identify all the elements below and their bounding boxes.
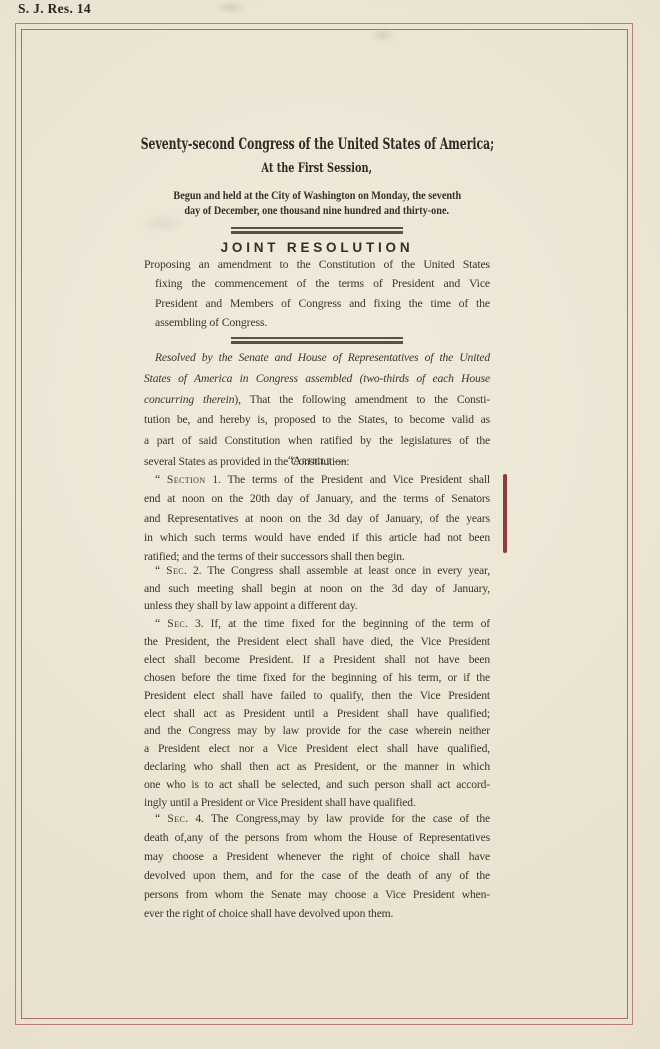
- text-line: fixing the commencement of the terms of …: [144, 274, 490, 293]
- text-line: end at noon on the 20th day of January, …: [144, 489, 490, 508]
- text-segment: a part of said Constitution when ratifie…: [144, 434, 490, 447]
- section-2-paragraph: “ Sec. 2. The Congress shall assemble at…: [144, 562, 490, 615]
- text-segment: 1. The terms of the President and Vice P…: [206, 473, 490, 486]
- document-page: S. J. Res. 14 Seventy-second Congress of…: [0, 0, 660, 1049]
- congress-heading-text: Seventy-second Congress of the United St…: [140, 134, 493, 153]
- session-heading: At the First Session,: [2, 161, 632, 176]
- text-line: elect shall become President. If a Presi…: [144, 651, 490, 669]
- text-segment: States of America in Congress assembled …: [144, 372, 490, 385]
- text-segment: a President elect nor a Vice President e…: [144, 742, 490, 755]
- text-segment: and such meeting shall begin at noon on …: [144, 582, 490, 595]
- text-segment: fixing the commencement of the terms of …: [155, 276, 490, 290]
- text-line: declaring who shall then act as Presiden…: [144, 758, 490, 776]
- text-segment: “: [155, 473, 167, 486]
- begun-line: day of December, one thousand nine hundr…: [2, 203, 632, 218]
- rule-thick-line: [231, 341, 403, 344]
- text-line: a President elect nor a Vice President e…: [144, 740, 490, 758]
- text-segment: death of,any of the persons from whom th…: [144, 831, 490, 844]
- begun-line: Begun and held at the City of Washington…: [2, 188, 632, 203]
- text-segment: . 4. The Congress,may by law provide for…: [185, 812, 490, 825]
- text-line: “ Sec. 3. If, at the time fixed for the …: [144, 615, 490, 633]
- text-line: one who is to act shall be selected, and…: [144, 776, 490, 794]
- text-segment: Sec: [167, 617, 185, 630]
- text-segment: declaring who shall then act as Presiden…: [144, 760, 490, 773]
- text-segment: ), That the following amendment to the C…: [234, 393, 490, 406]
- text-segment: in which such terms would have ended if …: [144, 531, 490, 544]
- text-line: assembling of Congress.: [144, 313, 490, 332]
- text-segment: elect shall act as President until a Pre…: [144, 707, 490, 720]
- text-segment: ever the right of choice shall have devo…: [144, 907, 393, 920]
- text-segment: Sec: [167, 812, 185, 825]
- text-line: and such meeting shall begin at noon on …: [144, 580, 490, 598]
- paper-smudge: [208, 0, 254, 15]
- text-segment: unless they shall by law appoint a diffe…: [144, 599, 358, 612]
- double-rule-bottom: [2, 337, 632, 344]
- begun-line-text: day of December, one thousand nine hundr…: [185, 203, 450, 218]
- joint-resolution-title: JOINT RESOLUTION: [2, 240, 632, 255]
- text-segment: . 2. The Congress shall assemble at leas…: [184, 564, 490, 577]
- text-segment: and Representatives at noon on the 3d da…: [144, 512, 490, 525]
- text-line: President elect shall have failed to qua…: [144, 687, 490, 705]
- begun-statement: Begun and held at the City of Washington…: [2, 188, 632, 217]
- text-segment: may choose a President whenever the righ…: [144, 850, 490, 863]
- text-line: “ Section 1. The terms of the President …: [144, 470, 490, 489]
- text-line: persons from whom the Senate may choose …: [144, 885, 490, 904]
- text-line: and Representatives at noon on the 3d da…: [144, 509, 490, 528]
- text-line: “ Sec. 4. The Congress,may by law provid…: [144, 809, 490, 828]
- rule-thick-line: [231, 231, 403, 234]
- text-segment: Proposing an amendment to the Constituti…: [144, 257, 490, 271]
- text-segment: persons from whom the Senate may choose …: [144, 888, 490, 901]
- text-segment: assembling of Congress.: [155, 315, 267, 329]
- double-rule-top: [2, 227, 632, 234]
- text-segment: devolved upon them, and for the case of …: [144, 869, 490, 882]
- text-segment: concurring therein: [144, 393, 234, 406]
- text-segment: Resolved by the Senate and House of Repr…: [155, 351, 490, 364]
- double-rule-lines: [231, 227, 403, 234]
- text-segment: the President, the President elect shall…: [144, 635, 490, 648]
- preamble-paragraph: Proposing an amendment to the Constituti…: [144, 255, 490, 333]
- text-line: Proposing an amendment to the Constituti…: [144, 255, 490, 274]
- text-line: elect shall act as President until a Pre…: [144, 705, 490, 723]
- text-line: may choose a President whenever the righ…: [144, 847, 490, 866]
- text-line: in which such terms would have ended if …: [144, 528, 490, 547]
- text-segment: President elect shall have failed to qua…: [144, 689, 490, 702]
- text-segment: “: [155, 564, 166, 577]
- text-segment: Sec: [166, 564, 184, 577]
- text-segment: —: [332, 454, 346, 467]
- text-line: chosen before the time fixed for the beg…: [144, 669, 490, 687]
- text-segment: . 3. If, at the time fixed for the begin…: [185, 617, 490, 630]
- text-line: Resolved by the Senate and House of Repr…: [144, 348, 490, 369]
- text-line: tution be, and hereby is, proposed to th…: [144, 410, 490, 431]
- text-segment: “: [155, 812, 167, 825]
- text-line: the President, the President elect shall…: [144, 633, 490, 651]
- text-segment: and the Congress may by law provide for …: [144, 724, 490, 737]
- session-heading-text: At the First Session,: [262, 161, 373, 176]
- double-rule-lines: [231, 337, 403, 344]
- text-line: unless they shall by law appoint a diffe…: [144, 597, 490, 615]
- congress-heading: Seventy-second Congress of the United St…: [2, 134, 632, 153]
- text-line: ever the right of choice shall have devo…: [144, 904, 490, 923]
- text-segment: chosen before the time fixed for the beg…: [144, 671, 490, 684]
- text-segment: tution be, and hereby is, proposed to th…: [144, 413, 490, 426]
- text-segment: Article: [293, 454, 332, 467]
- text-segment: “: [155, 617, 167, 630]
- text-line: concurring therein), That the following …: [144, 390, 490, 411]
- text-line: death of,any of the persons from whom th…: [144, 828, 490, 847]
- text-segment: one who is to act shall be selected, and…: [144, 778, 490, 791]
- section-1-paragraph: “ Section 1. The terms of the President …: [144, 470, 490, 566]
- text-segment: President and Members of Congress and fi…: [155, 296, 490, 310]
- text-line: devolved upon them, and for the case of …: [144, 866, 490, 885]
- text-line: President and Members of Congress and fi…: [144, 294, 490, 313]
- doc-number-label: S. J. Res. 14: [18, 1, 91, 17]
- text-line: a part of said Constitution when ratifie…: [144, 431, 490, 452]
- section-3-paragraph: “ Sec. 3. If, at the time fixed for the …: [144, 615, 490, 812]
- red-margin-mark: [503, 474, 507, 553]
- text-segment: end at noon on the 20th day of January, …: [144, 492, 490, 505]
- text-segment: Section: [167, 473, 206, 486]
- article-heading: “Article —: [144, 452, 490, 470]
- text-line: and the Congress may by law provide for …: [144, 722, 490, 740]
- text-segment: elect shall become President. If a Presi…: [144, 653, 490, 666]
- text-line: “Article —: [144, 452, 490, 470]
- begun-line-text: Begun and held at the City of Washington…: [173, 188, 461, 203]
- section-4-paragraph: “ Sec. 4. The Congress,may by law provid…: [144, 809, 490, 923]
- text-line: States of America in Congress assembled …: [144, 369, 490, 390]
- text-segment: ingly until a President or Vice Presiden…: [144, 796, 416, 809]
- text-line: “ Sec. 2. The Congress shall assemble at…: [144, 562, 490, 580]
